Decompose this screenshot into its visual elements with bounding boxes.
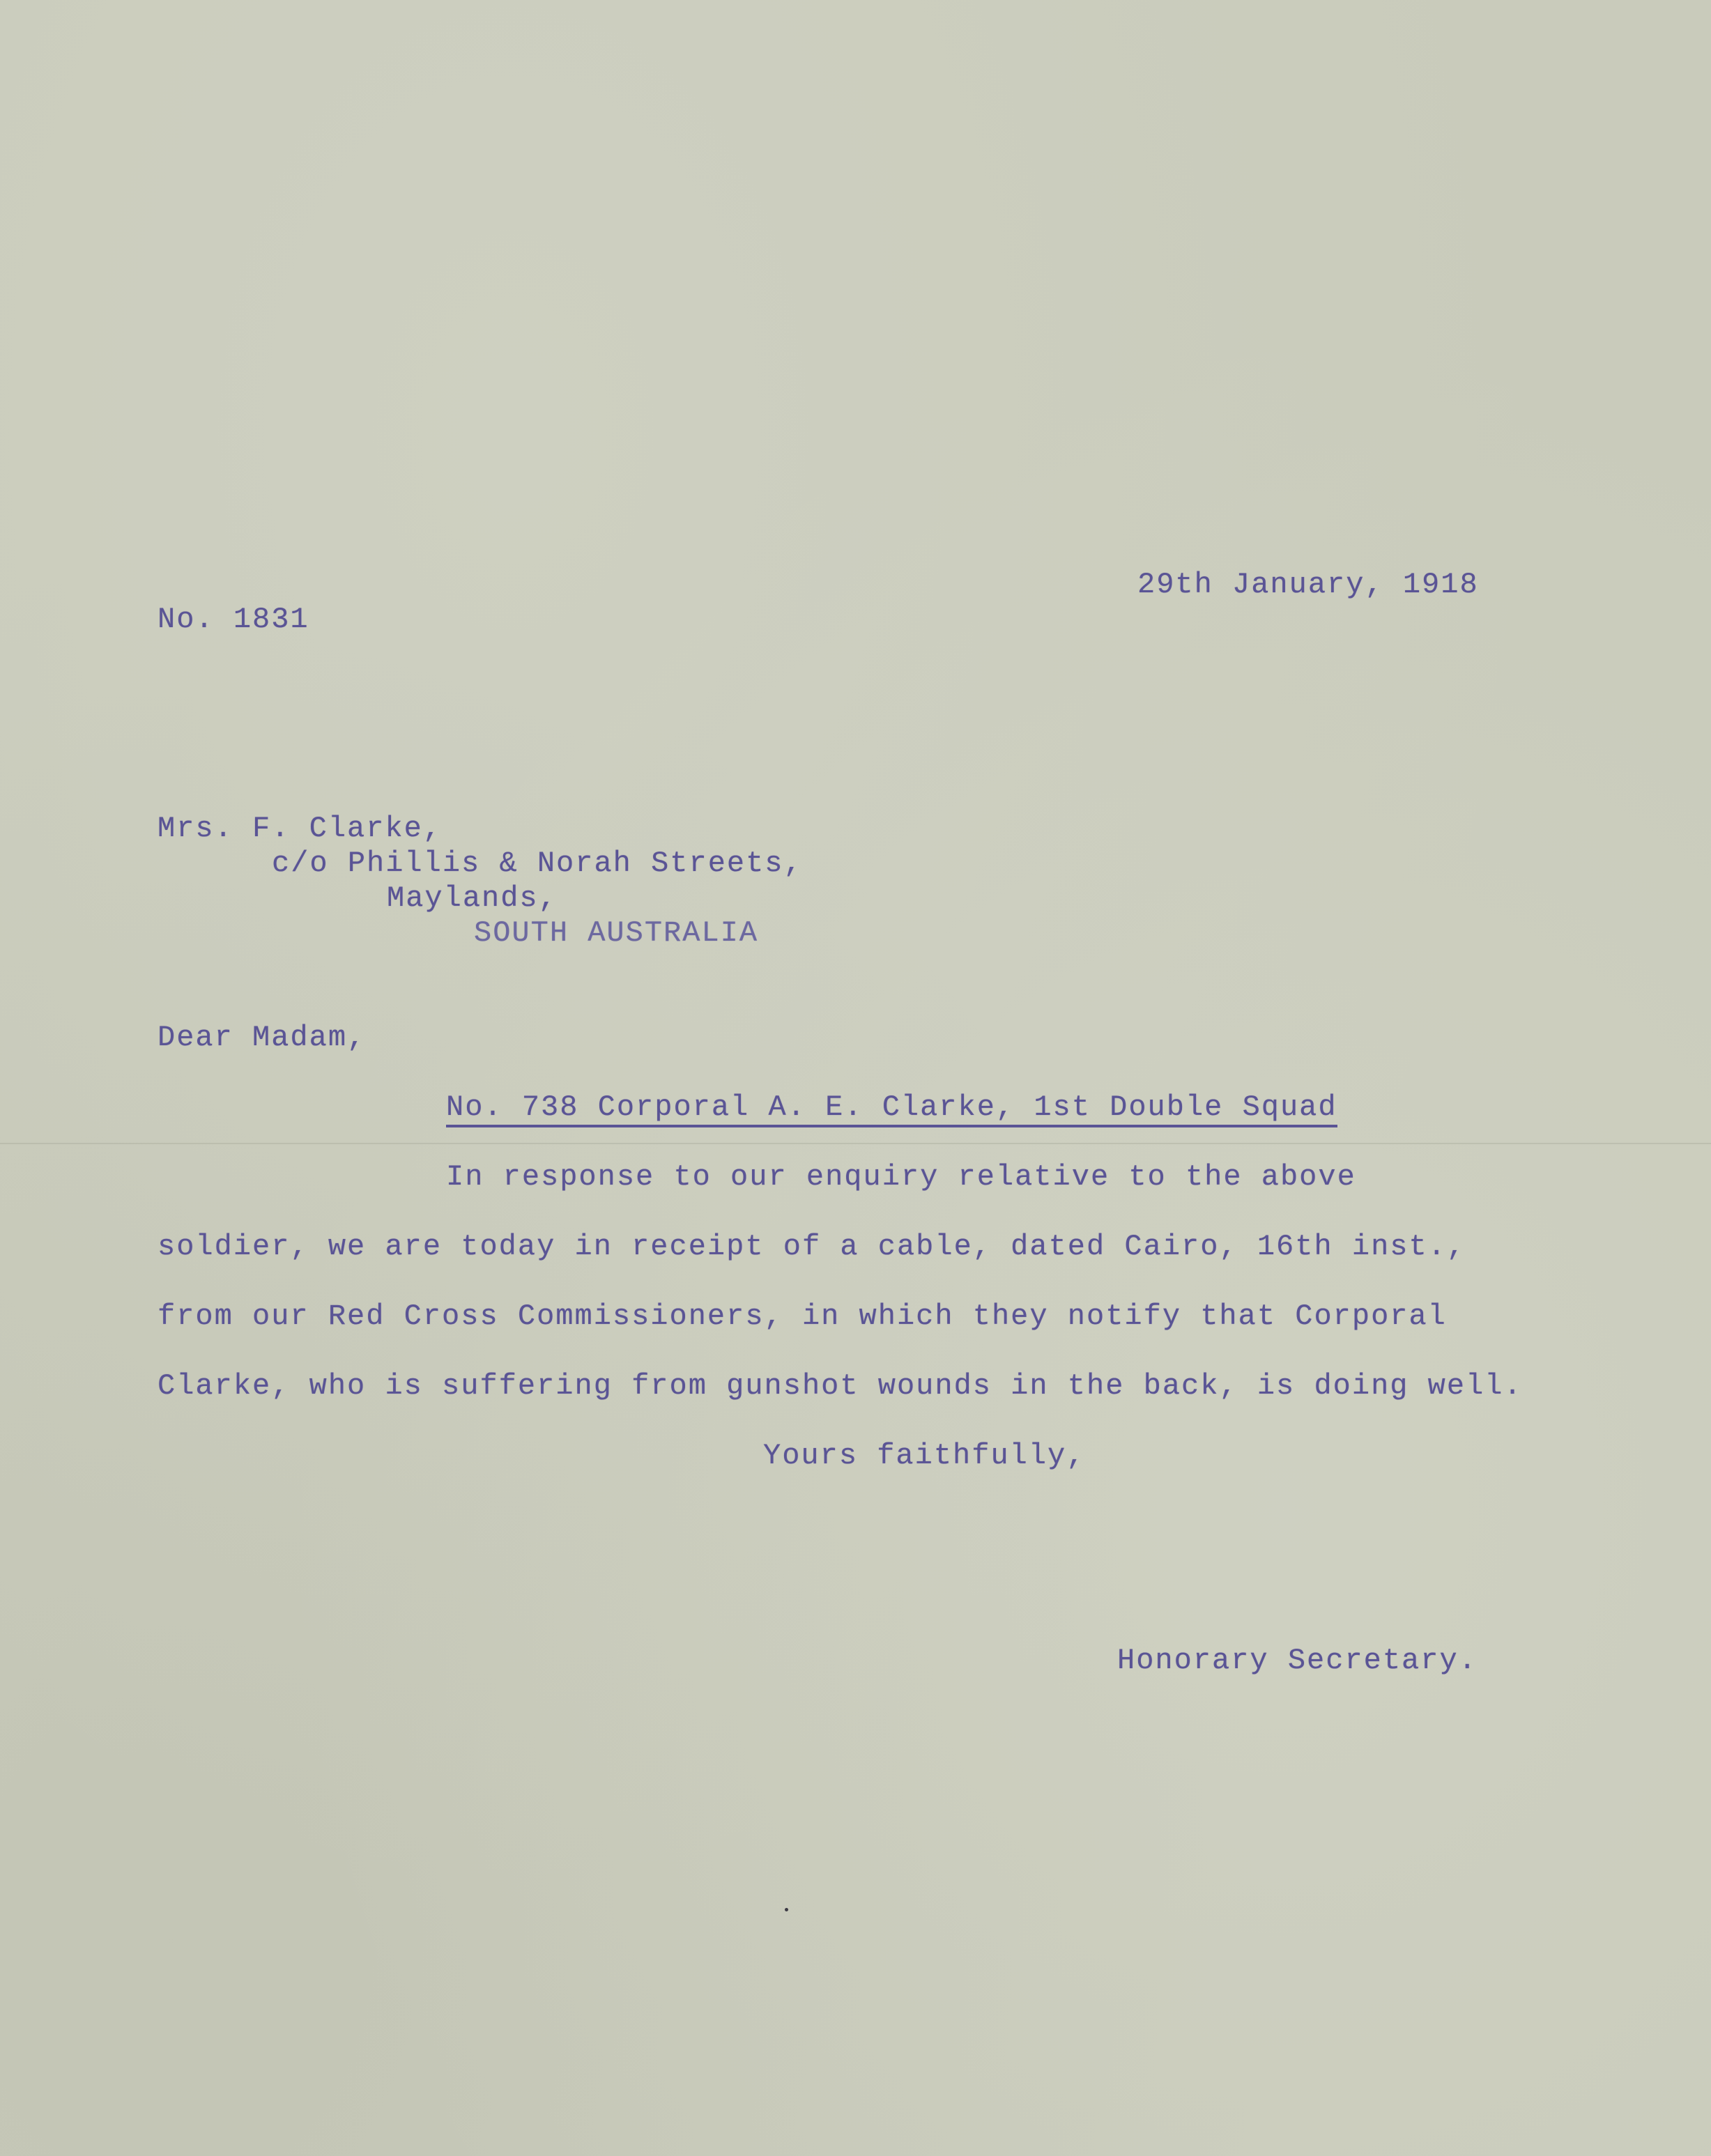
- body-line: Clarke, who is suffering from gunshot wo…: [158, 1371, 1523, 1401]
- subject-line: No. 738 Corporal A. E. Clarke, 1st Doubl…: [446, 1093, 1337, 1127]
- signature-title: Honorary Secretary.: [1117, 1646, 1478, 1675]
- closing: Yours faithfully,: [763, 1441, 1085, 1470]
- ink-speck: [785, 1908, 788, 1911]
- letter-date: 29th January, 1918: [1137, 570, 1479, 599]
- recipient-street: c/o Phillis & Norah Streets,: [272, 849, 803, 878]
- body-line: from our Red Cross Commissioners, in whi…: [158, 1302, 1447, 1331]
- letter-page: 29th January, 1918 No. 1831 Mrs. F. Clar…: [0, 0, 1711, 2156]
- recipient-state: SOUTH AUSTRALIA: [474, 918, 758, 948]
- recipient-name: Mrs. F. Clarke,: [158, 814, 442, 843]
- recipient-suburb: Maylands,: [387, 884, 558, 913]
- body-line: In response to our enquiry relative to t…: [446, 1162, 1356, 1192]
- paper-fold-line: [0, 1143, 1711, 1144]
- salutation: Dear Madam,: [158, 1023, 366, 1052]
- body-line: soldier, we are today in receipt of a ca…: [158, 1232, 1466, 1261]
- reference-number: No. 1831: [158, 605, 309, 634]
